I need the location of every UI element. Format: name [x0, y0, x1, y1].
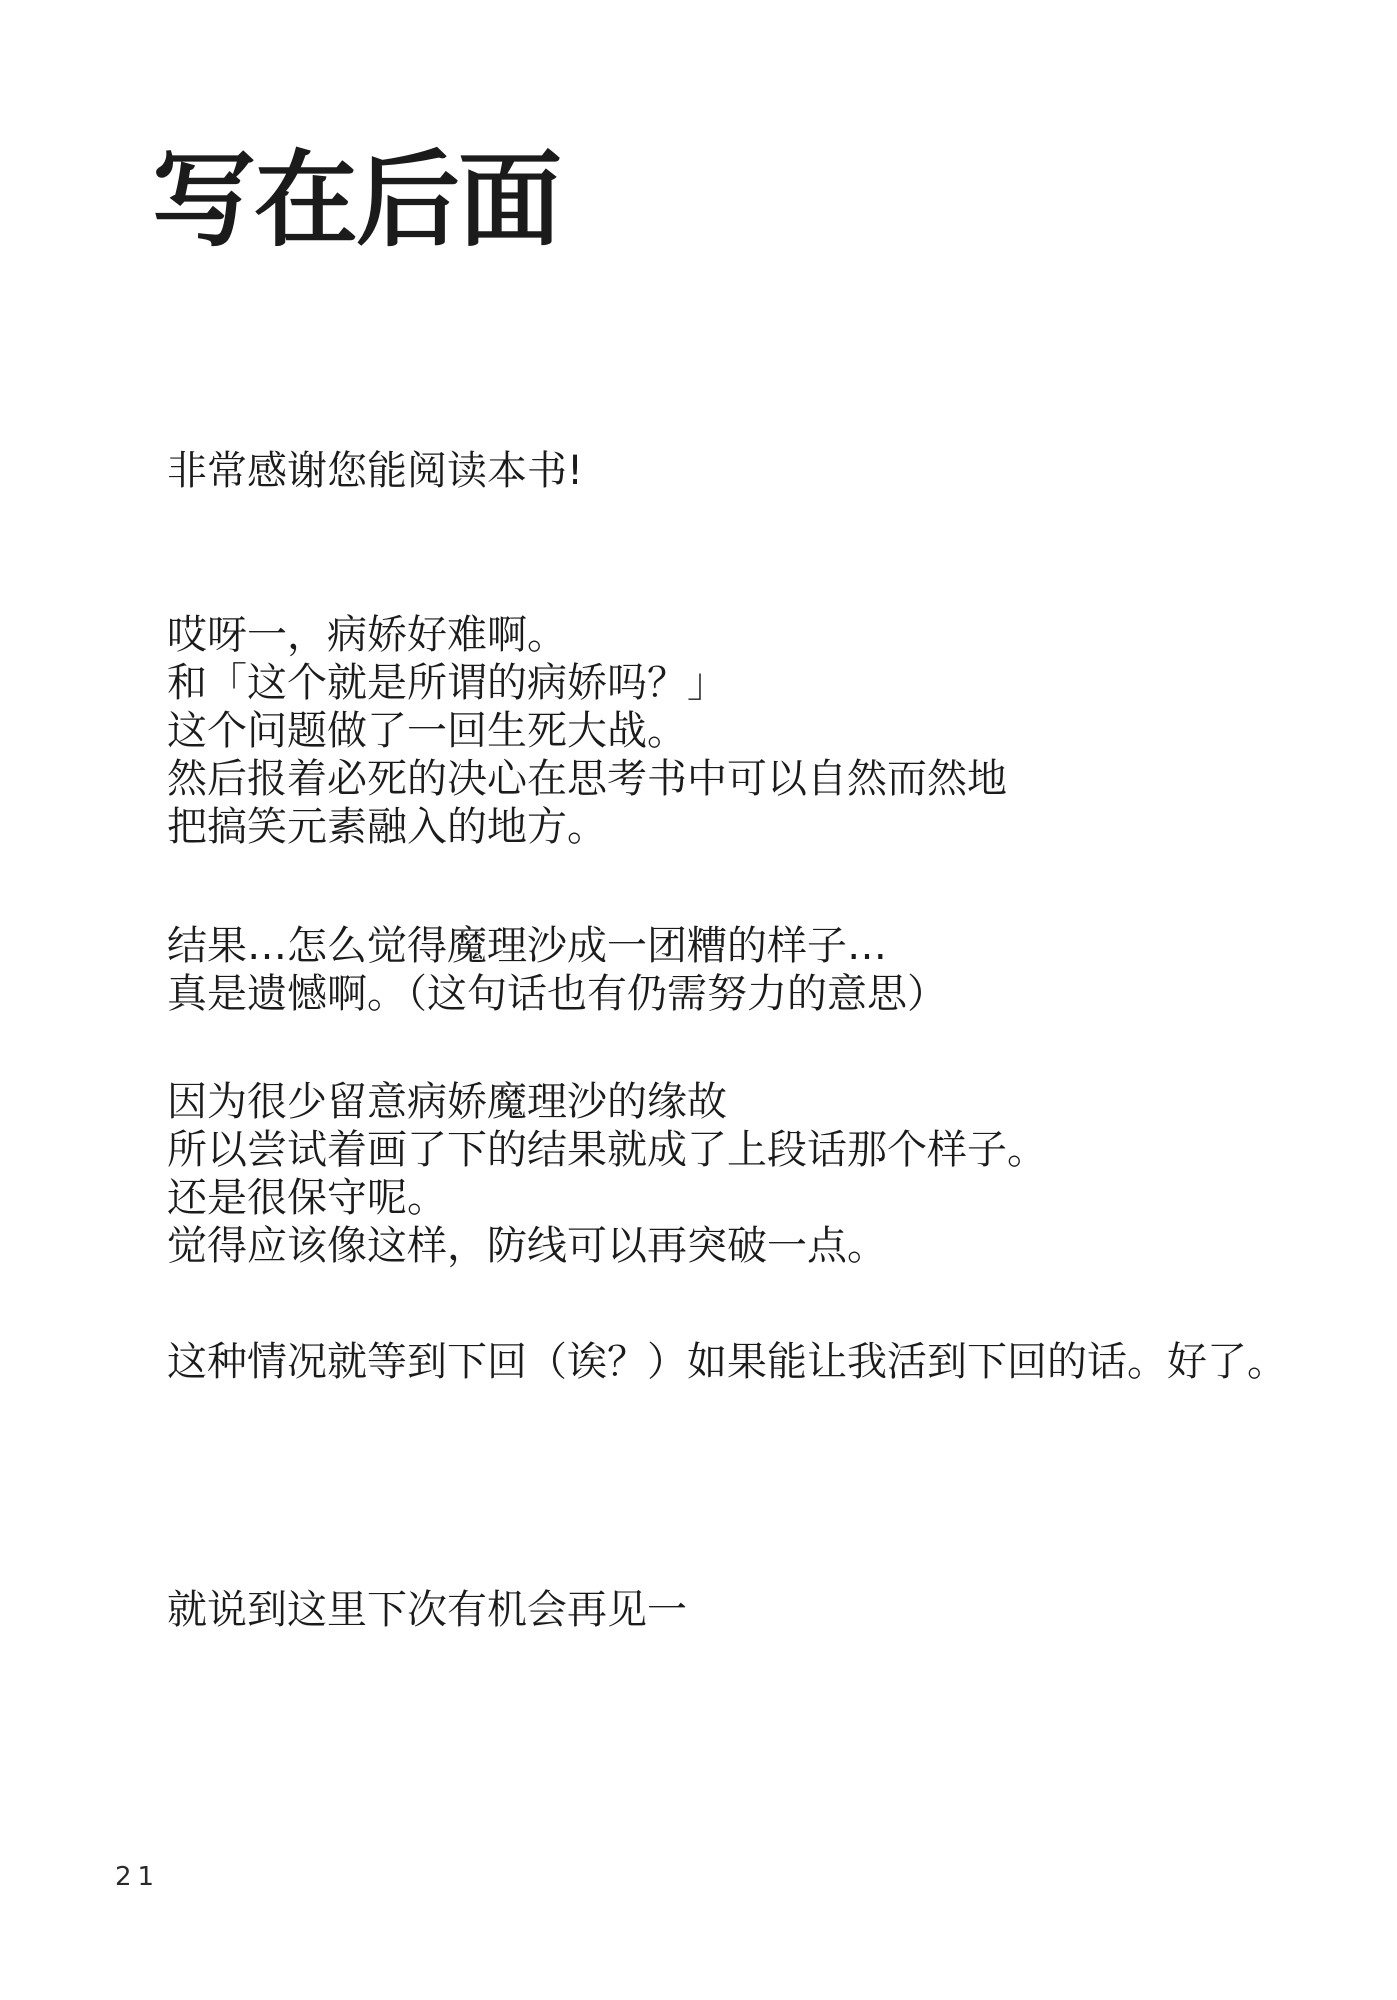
text-line: 和「这个就是所谓的病娇吗？」 — [167, 659, 1007, 707]
text-line: 这个问题做了一回生死大战。 — [167, 707, 1007, 755]
text-line: 非常感谢您能阅读本书! — [167, 447, 583, 495]
text-line: 因为很少留意病娇魔理沙的缘故 — [167, 1078, 1047, 1126]
intro-paragraph: 非常感谢您能阅读本书! — [167, 447, 583, 495]
afterword-page: 写在后面 非常感谢您能阅读本书! 哎呀一，病娇好难啊。 和「这个就是所谓的病娇吗… — [0, 0, 1397, 2000]
text-line: 哎呀一，病娇好难啊。 — [167, 611, 1007, 659]
text-line: 结果…怎么觉得魔理沙成一团糟的样子… — [167, 922, 947, 970]
text-line: 这种情况就等到下回（诶？）如果能让我活到下回的话。好了。 — [167, 1338, 1287, 1386]
text-line: 觉得应该像这样，防线可以再突破一点。 — [167, 1222, 1047, 1270]
text-line: 所以尝试着画了下的结果就成了上段话那个样子。 — [167, 1126, 1047, 1174]
page-title: 写在后面 — [152, 148, 560, 252]
closing-paragraph: 就说到这里下次有机会再见一 — [167, 1586, 687, 1634]
text-line: 还是很保守呢。 — [167, 1174, 1047, 1222]
text-line: 真是遗憾啊。（这句话也有仍需努力的意思） — [167, 970, 947, 1018]
paragraph-1: 哎呀一，病娇好难啊。 和「这个就是所谓的病娇吗？」 这个问题做了一回生死大战。 … — [167, 611, 1007, 851]
text-line: 就说到这里下次有机会再见一 — [167, 1586, 687, 1634]
paragraph-3: 因为很少留意病娇魔理沙的缘故 所以尝试着画了下的结果就成了上段话那个样子。 还是… — [167, 1078, 1047, 1270]
paragraph-4: 这种情况就等到下回（诶？）如果能让我活到下回的话。好了。 — [167, 1338, 1287, 1386]
text-line: 然后报着必死的决心在思考书中可以自然而然地 — [167, 755, 1007, 803]
paragraph-2: 结果…怎么觉得魔理沙成一团糟的样子… 真是遗憾啊。（这句话也有仍需努力的意思） — [167, 922, 947, 1018]
page-number: 21 — [115, 1862, 160, 1892]
text-line: 把搞笑元素融入的地方。 — [167, 803, 1007, 851]
